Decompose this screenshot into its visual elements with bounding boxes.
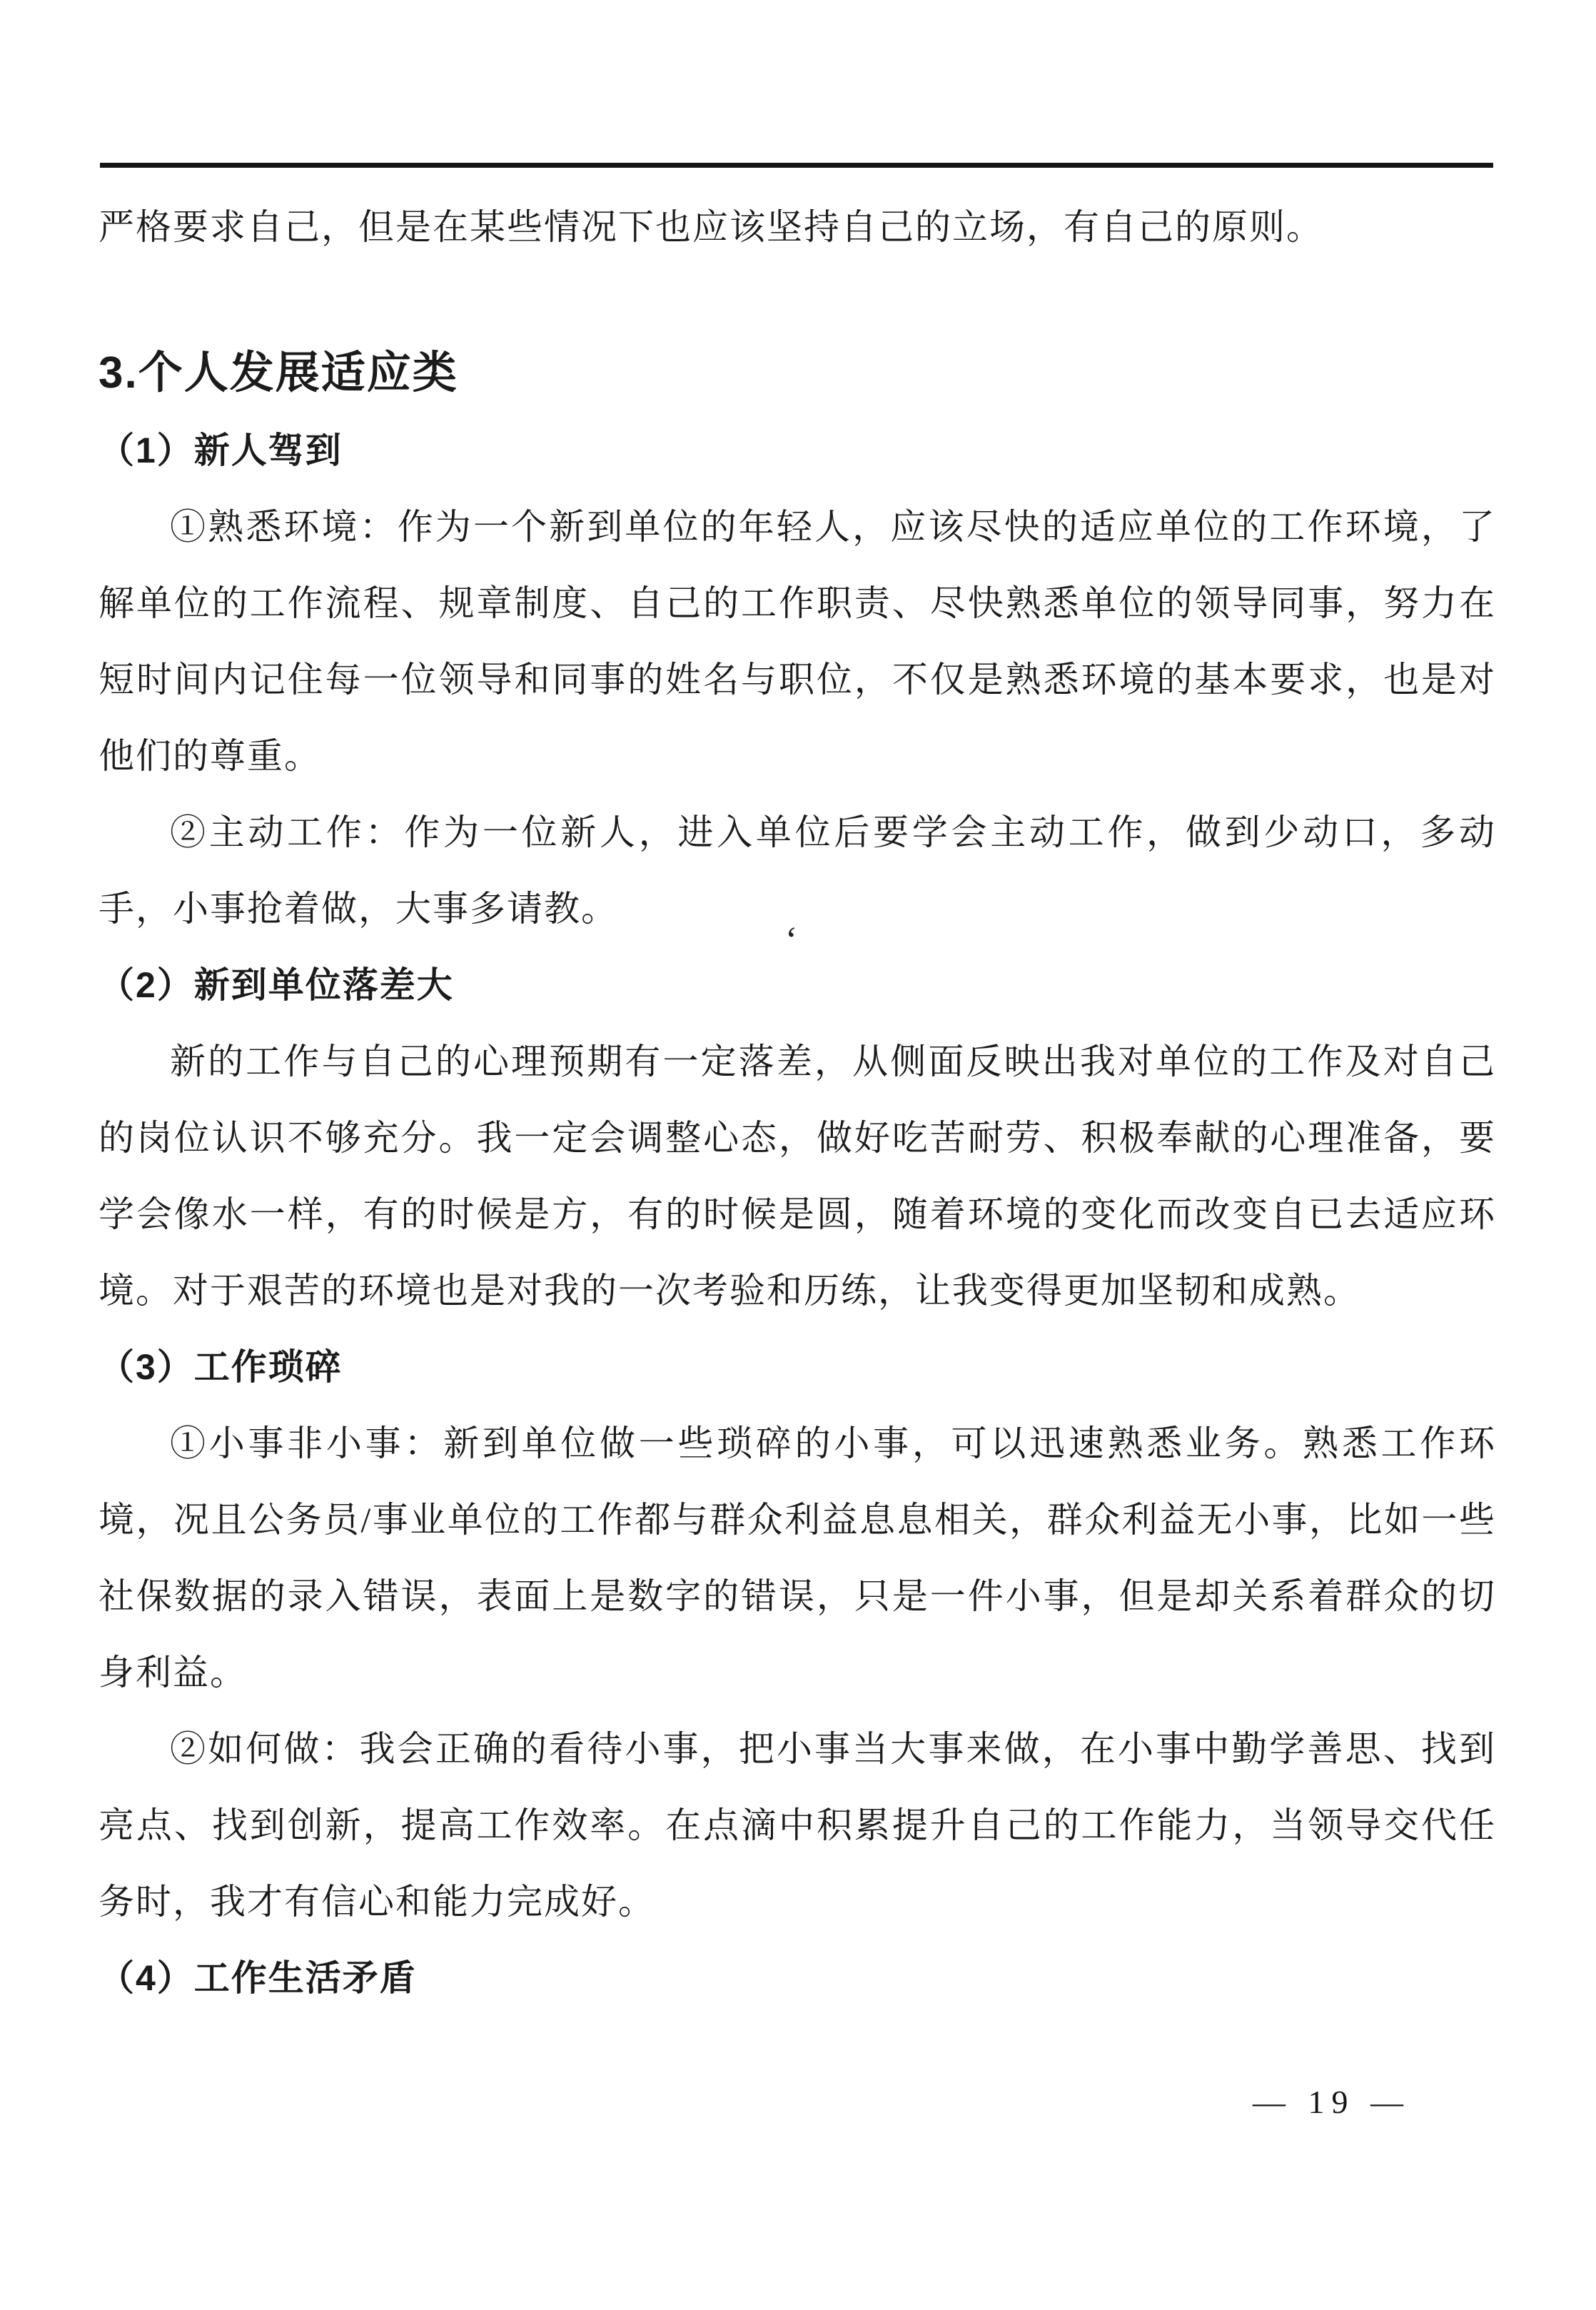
subsection-heading-4: （4）工作生活矛盾 [99, 1940, 1496, 2017]
page-content: 严格要求自己，但是在某些情况下也应该坚持自己的立场，有自己的原则。 3.个人发展… [0, 163, 1596, 2017]
scan-artifact-mark: ‘ [785, 919, 797, 962]
page-number: — 19 — [1253, 2083, 1410, 2121]
continuation-paragraph: 严格要求自己，但是在某些情况下也应该坚持自己的立场，有自己的原则。 [99, 189, 1496, 266]
paragraph-expectation-gap: 新的工作与自己的心理预期有一定落差，从侧面反映出我对单位的工作及对自己的岗位认识… [99, 1024, 1496, 1329]
subsection-heading-1: （1）新人驾到 [99, 413, 1496, 489]
subsection-heading-3: （3）工作琐碎 [99, 1329, 1496, 1406]
paragraph-familiarize-environment: ①熟悉环境：作为一个新到单位的年轻人，应该尽快的适应单位的工作环境，了解单位的工… [99, 489, 1496, 795]
document-page: 严格要求自己，但是在某些情况下也应该坚持自己的立场，有自己的原则。 3.个人发展… [0, 0, 1596, 2310]
paragraph-how-to-do: ②如何做：我会正确的看待小事，把小事当大事来做，在小事中勤学善思、找到亮点、找到… [99, 1711, 1496, 1940]
section-heading: 3.个人发展适应类 [99, 334, 1496, 413]
header-rule [100, 163, 1493, 168]
paragraph-small-matters: ①小事非小事：新到单位做一些琐碎的小事，可以迅速熟悉业务。熟悉工作环境，况且公务… [99, 1406, 1496, 1711]
